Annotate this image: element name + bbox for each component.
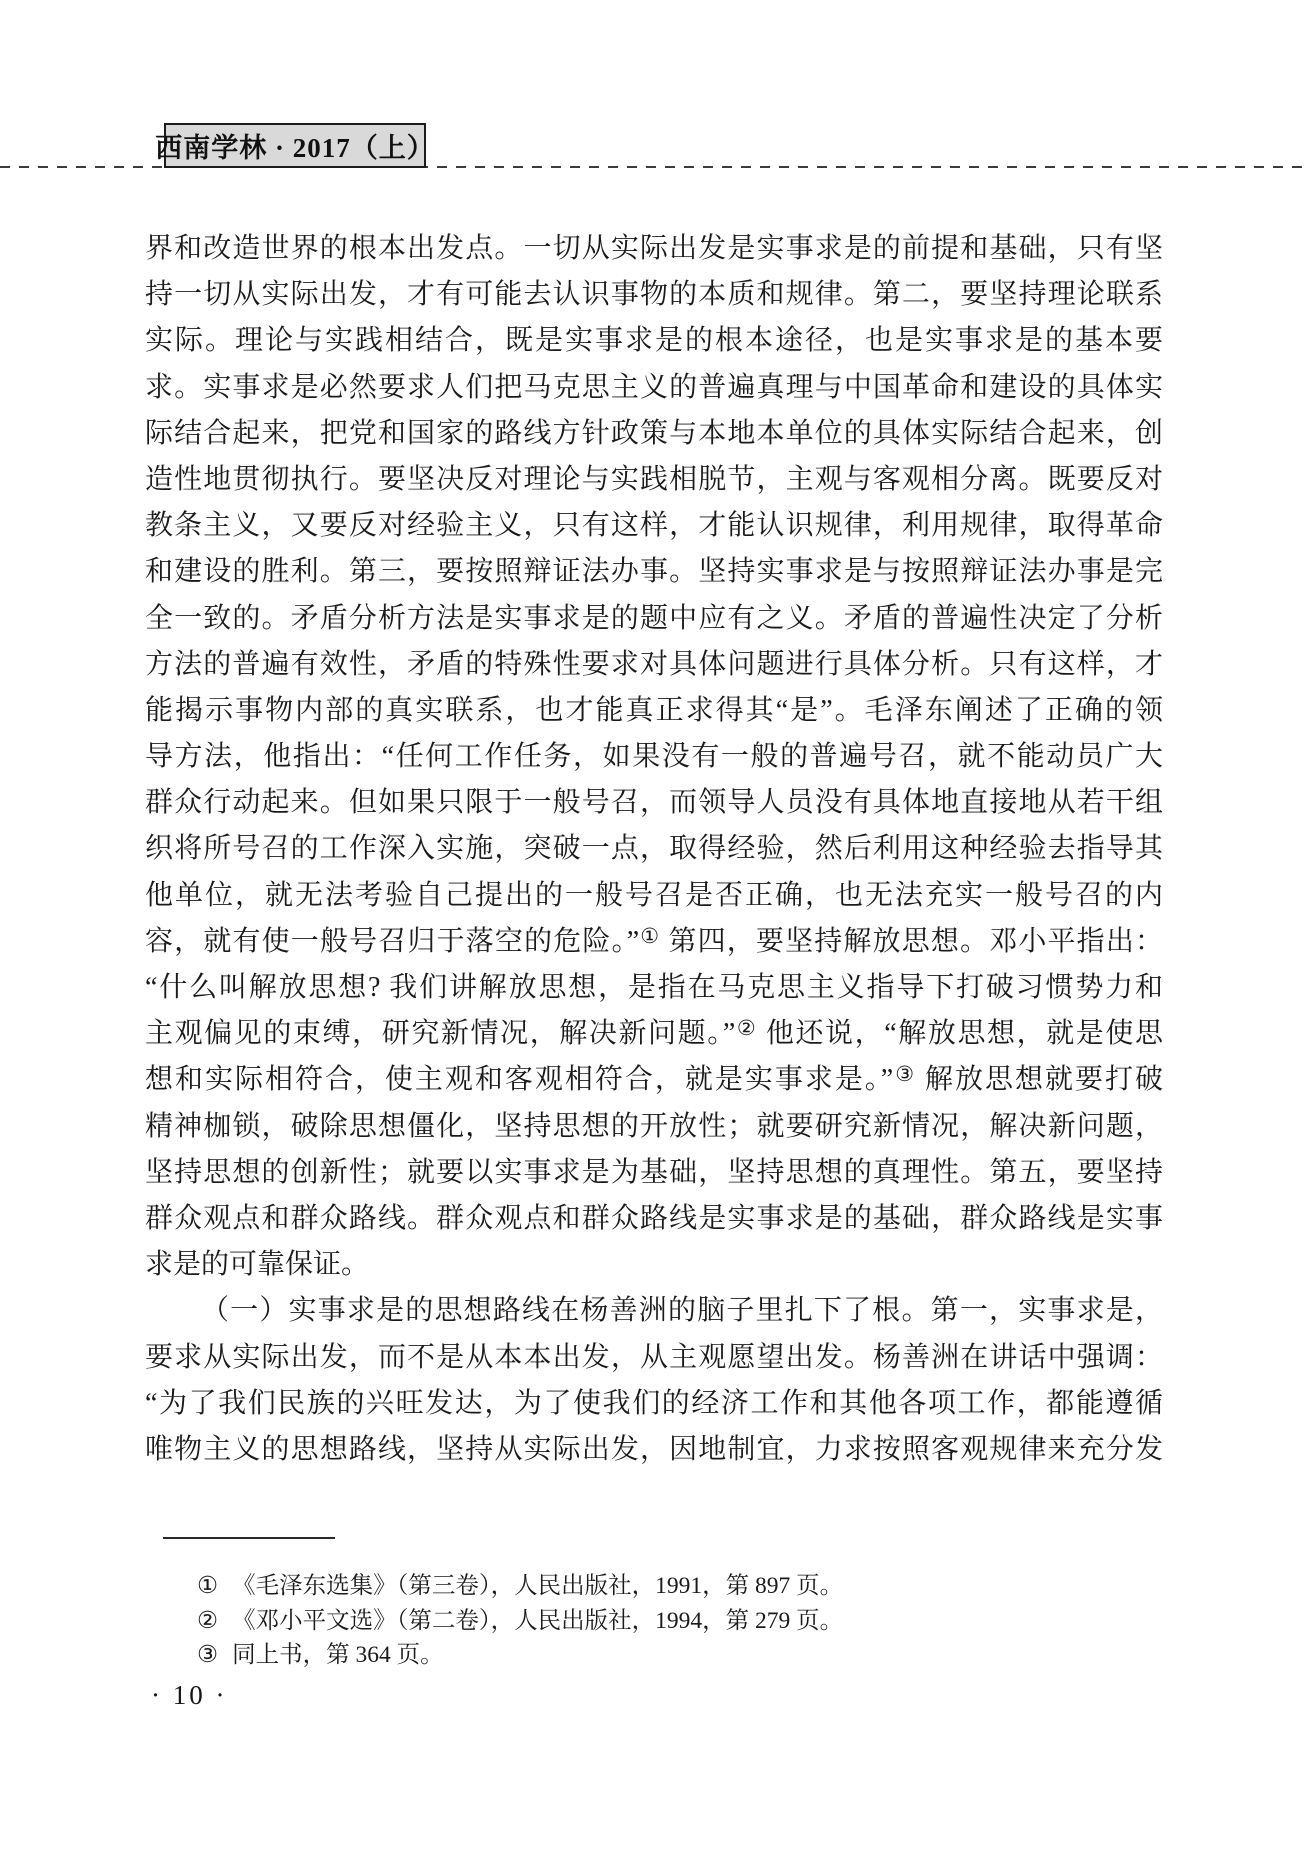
body-line: 导方法，他指出：“任何工作任务，如果没有一般的普遍号召，就不能动员广大 xyxy=(145,734,1163,780)
body-line: 实际。理论与实践相结合，既是实事求是的根本途径，也是实事求是的基本要 xyxy=(145,318,1163,364)
footnote-item: ③同上书，第 364 页。 xyxy=(145,1638,1185,1673)
footnote-marker: ③ xyxy=(197,1638,218,1673)
body-line: 方法的普遍有效性，矛盾的特殊性要求对具体问题进行具体分析。只有这样，才 xyxy=(145,642,1163,688)
body-line: 持一切从实际出发，才有可能去认识事物的本质和规律。第二，要坚持理论联系 xyxy=(145,272,1163,318)
page-number: · 10 · xyxy=(151,1680,227,1711)
body-line: 精神枷锁，破除思想僵化，坚持思想的开放性；就要研究新情况，解决新问题， xyxy=(145,1104,1163,1150)
body-line-text: 教条主义，又要反对经验主义，只有这样，才能认识规律，利用规律，取得革命 xyxy=(145,510,1163,541)
body-line-text: 群众观点和群众路线。群众观点和群众路线是实事求是的基础，群众路线是实事 xyxy=(145,1203,1163,1234)
body-line-text: “为了我们民族的兴旺发达，为了使我们的经济工作和其他各项工作，都能遵循 xyxy=(145,1388,1163,1419)
body-line: 教条主义，又要反对经验主义，只有这样，才能认识规律，利用规律，取得革命 xyxy=(145,503,1163,549)
footnote-text: 《毛泽东选集》（第三卷），人民出版社，1991，第 897 页。 xyxy=(232,1569,1185,1604)
body-text: 界和改造世界的根本出发点。一切从实际出发是实事求是的前提和基础，只有坚持一切从实… xyxy=(145,226,1163,1473)
body-line-text: 实际。理论与实践相结合，既是实事求是的根本途径，也是实事求是的基本要 xyxy=(145,325,1163,356)
body-line: 他单位，就无法考验自己提出的一般号召是否正确，也无法充实一般号召的内 xyxy=(145,873,1163,919)
body-line: 想和实际相符合，使主观和客观相符合，就是实事求是。”③ 解放思想就要打破 xyxy=(145,1057,1163,1103)
body-line-text: 织将所号召的工作深入实施，突破一点，取得经验，然后利用这种经验去指导其 xyxy=(145,833,1163,864)
body-line-text: 他单位，就无法考验自己提出的一般号召是否正确，也无法充实一般号召的内 xyxy=(145,880,1163,911)
body-line-text: 导方法，他指出：“任何工作任务，如果没有一般的普遍号召，就不能动员广大 xyxy=(145,741,1163,772)
footnote-separator xyxy=(163,1537,335,1539)
footnotes: ①《毛泽东选集》（第三卷），人民出版社，1991，第 897 页。②《邓小平文选… xyxy=(145,1569,1185,1673)
body-line-text: 持一切从实际出发，才有可能去认识事物的本质和规律。第二，要坚持理论联系 xyxy=(145,279,1163,310)
footnote-ref: ② xyxy=(735,1016,757,1040)
body-line: 坚持思想的创新性；就要以实事求是为基础，坚持思想的真理性。第五，要坚持 xyxy=(145,1150,1163,1196)
body-line: 容，就有使一般号召归于落空的危险。”① 第四，要坚持解放思想。邓小平指出： xyxy=(145,919,1163,965)
body-line-text: 精神枷锁，破除思想僵化，坚持思想的开放性；就要研究新情况，解决新问题， xyxy=(145,1111,1163,1142)
body-line-text: 要求从实际出发，而不是从本本出发，从主观愿望出发。杨善洲在讲话中强调： xyxy=(145,1342,1163,1373)
footnote-text: 同上书，第 364 页。 xyxy=(232,1638,1185,1673)
body-line: 造性地贯彻执行。要坚决反对理论与实践相脱节，主观与客观相分离。既要反对 xyxy=(145,457,1163,503)
body-line-text: 他还说，“解放思想，就是使思 xyxy=(757,1018,1163,1049)
body-line-text: 界和改造世界的根本出发点。一切从实际出发是实事求是的前提和基础，只有坚 xyxy=(145,233,1163,264)
body-line: 群众观点和群众路线。群众观点和群众路线是实事求是的基础，群众路线是实事 xyxy=(145,1196,1163,1242)
body-line-text: 际结合起来，把党和国家的路线方针政策与本地本单位的具体实际结合起来，创 xyxy=(145,418,1163,449)
body-line: “为了我们民族的兴旺发达，为了使我们的经济工作和其他各项工作，都能遵循 xyxy=(145,1381,1163,1427)
body-line-text: “什么叫解放思想? 我们讲解放思想，是指在马克思主义指导下打破习惯势力和 xyxy=(145,972,1163,1003)
body-line-text: 坚持思想的创新性；就要以实事求是为基础，坚持思想的真理性。第五，要坚持 xyxy=(145,1157,1163,1188)
body-line: 和建设的胜利。第三，要按照辩证法办事。坚持实事求是与按照辩证法办事是完 xyxy=(145,549,1163,595)
body-line-text: 求。实事求是必然要求人们把马克思主义的普遍真理与中国革命和建设的具体实 xyxy=(145,372,1163,403)
body-line: 织将所号召的工作深入实施，突破一点，取得经验，然后利用这种经验去指导其 xyxy=(145,826,1163,872)
body-line-text: 主观偏见的束缚，研究新情况，解决新问题。” xyxy=(145,1018,735,1049)
body-line: 能揭示事物内部的真实联系，也才能真正求得其“是”。毛泽东阐述了正确的领 xyxy=(145,688,1163,734)
body-line-text: 群众行动起来。但如果只限于一般号召，而领导人员没有具体地直接地从若干组 xyxy=(145,787,1163,818)
body-line-text: 第四，要坚持解放思想。邓小平指出： xyxy=(660,926,1163,957)
footnote-item: ①《毛泽东选集》（第三卷），人民出版社，1991，第 897 页。 xyxy=(145,1569,1185,1604)
body-line: 唯物主义的思想路线，坚持从实际出发，因地制宜，力求按照客观规律来充分发 xyxy=(145,1427,1163,1473)
footnote-text: 《邓小平文选》（第二卷），人民出版社，1994，第 279 页。 xyxy=(232,1604,1185,1639)
body-line: 要求从实际出发，而不是从本本出发，从主观愿望出发。杨善洲在讲话中强调： xyxy=(145,1335,1163,1381)
body-line: 际结合起来，把党和国家的路线方针政策与本地本单位的具体实际结合起来，创 xyxy=(145,411,1163,457)
body-line-text: 方法的普遍有效性，矛盾的特殊性要求对具体问题进行具体分析。只有这样，才 xyxy=(145,649,1163,680)
footnote-ref: ① xyxy=(639,924,660,948)
body-line-text: 造性地贯彻执行。要坚决反对理论与实践相脱节，主观与客观相分离。既要反对 xyxy=(145,464,1163,495)
footnote-ref: ③ xyxy=(893,1062,916,1086)
document-page: 西南学林 · 2017（上） 界和改造世界的根本出发点。一切从实际出发是实事求是… xyxy=(0,0,1307,1859)
body-line-text: 解放思想就要打破 xyxy=(916,1064,1163,1095)
body-line-text: 容，就有使一般号召归于落空的危险。” xyxy=(145,926,639,957)
body-line-text: 能揭示事物内部的真实联系，也才能真正求得其“是”。毛泽东阐述了正确的领 xyxy=(145,695,1163,726)
footnote-item: ②《邓小平文选》（第二卷），人民出版社，1994，第 279 页。 xyxy=(145,1604,1185,1639)
footnote-marker: ② xyxy=(197,1604,218,1639)
body-line-text: 全一致的。矛盾分析方法是实事求是的题中应有之义。矛盾的普遍性决定了分析 xyxy=(145,603,1163,634)
body-line: 界和改造世界的根本出发点。一切从实际出发是实事求是的前提和基础，只有坚 xyxy=(145,226,1163,272)
body-line: 主观偏见的束缚，研究新情况，解决新问题。”② 他还说，“解放思想，就是使思 xyxy=(145,1011,1163,1057)
body-line: 求。实事求是必然要求人们把马克思主义的普遍真理与中国革命和建设的具体实 xyxy=(145,365,1163,411)
body-line-text: 想和实际相符合，使主观和客观相符合，就是实事求是。” xyxy=(145,1064,893,1095)
body-line-text: 唯物主义的思想路线，坚持从实际出发，因地制宜，力求按照客观规律来充分发 xyxy=(145,1434,1163,1465)
body-line: 群众行动起来。但如果只限于一般号召，而领导人员没有具体地直接地从若干组 xyxy=(145,780,1163,826)
body-line: “什么叫解放思想? 我们讲解放思想，是指在马克思主义指导下打破习惯势力和 xyxy=(145,965,1163,1011)
header-box: 西南学林 · 2017（上） xyxy=(164,123,426,168)
body-line-text: （一）实事求是的思想路线在杨善洲的脑子里扎下了根。第一，实事求是， xyxy=(201,1295,1163,1326)
journal-title: 西南学林 · 2017（上） xyxy=(155,126,435,165)
body-line: （一）实事求是的思想路线在杨善洲的脑子里扎下了根。第一，实事求是， xyxy=(145,1288,1163,1334)
footnote-marker: ① xyxy=(197,1569,218,1604)
body-line: 求是的可靠保证。 xyxy=(145,1242,1163,1288)
body-line-text: 求是的可靠保证。 xyxy=(145,1249,369,1280)
body-line: 全一致的。矛盾分析方法是实事求是的题中应有之义。矛盾的普遍性决定了分析 xyxy=(145,596,1163,642)
body-line-text: 和建设的胜利。第三，要按照辩证法办事。坚持实事求是与按照辩证法办事是完 xyxy=(145,556,1163,587)
